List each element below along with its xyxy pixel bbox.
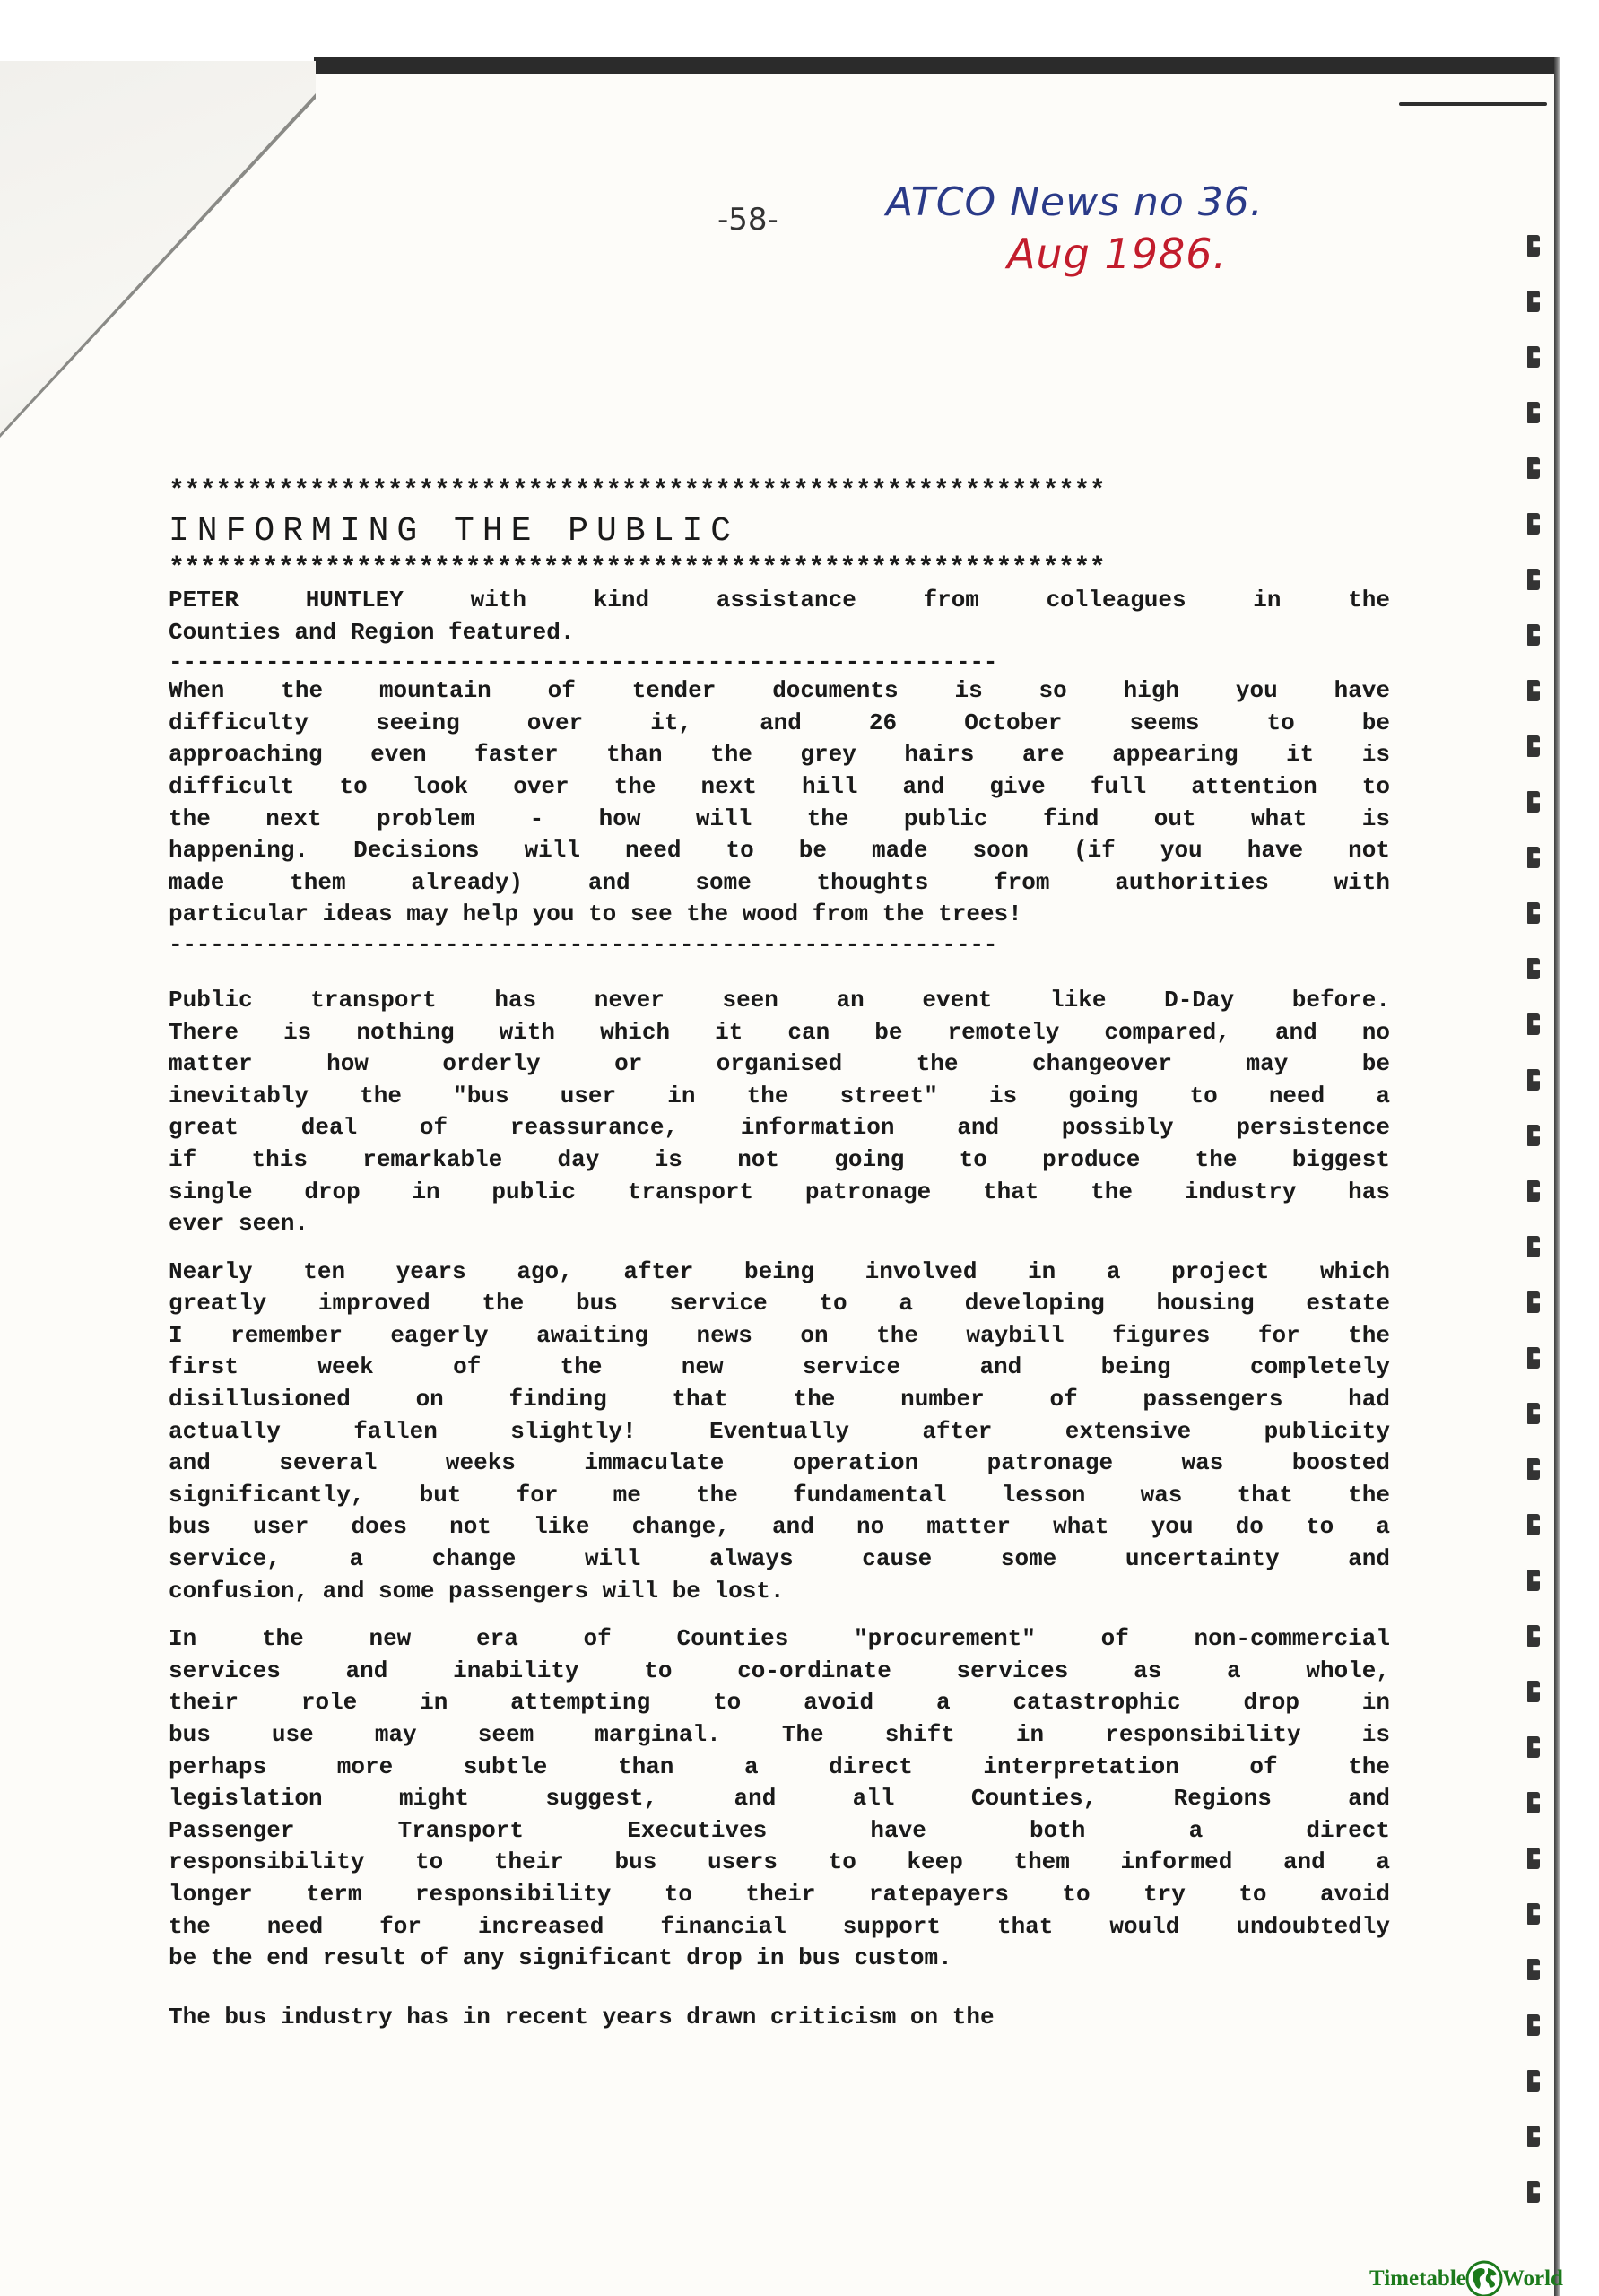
text-line: if this remarkable day is not going to p… [169, 1144, 1390, 1177]
binding-mark [1527, 2181, 1540, 2203]
text-line: difficult to look over the next hill and… [169, 771, 1390, 804]
body-paragraph-3: In the new era of Counties "procurement"… [169, 1623, 1390, 1975]
star-rule-bottom: ****************************************… [169, 552, 1390, 585]
timetable-world-watermark: Timetable World [1369, 2259, 1563, 2296]
binding-mark [1527, 1625, 1540, 1647]
binding-mark [1527, 1125, 1540, 1146]
binding-mark [1527, 235, 1540, 257]
binding-mark [1527, 2126, 1540, 2147]
comb-binding-marks [1527, 235, 1547, 2237]
text-line: approaching even faster than the grey ha… [169, 739, 1390, 771]
text-line: be the end result of any significant dro… [169, 1943, 1390, 1975]
globe-icon [1464, 2259, 1504, 2296]
watermark-left-text: Timetable [1369, 2266, 1466, 2292]
binding-mark [1527, 1848, 1540, 1869]
binding-mark [1527, 958, 1540, 979]
binding-mark [1527, 569, 1540, 590]
text-line: Counties and Region featured. [169, 617, 1390, 649]
dash-rule-1: ----------------------------------------… [169, 648, 1390, 675]
text-line: single drop in public transport patronag… [169, 1177, 1390, 1209]
binding-mark [1527, 1681, 1540, 1702]
dash-rule-2: ----------------------------------------… [169, 931, 1390, 958]
body-paragraph-2: Nearly ten years ago, after being involv… [169, 1257, 1390, 1608]
text-line: The bus industry has in recent years dra… [169, 2002, 1390, 2034]
binding-mark [1527, 2070, 1540, 2092]
binding-mark [1527, 513, 1540, 535]
binding-mark [1527, 291, 1540, 312]
binding-mark [1527, 346, 1540, 368]
text-line: and several weeks immaculate operation p… [169, 1448, 1390, 1480]
binding-mark [1527, 1736, 1540, 1758]
binding-mark [1527, 1458, 1540, 1480]
binding-mark [1527, 624, 1540, 646]
article-title: INFORMING THE PUBLIC [169, 511, 1390, 552]
text-line: significantly, but for me the fundamenta… [169, 1480, 1390, 1512]
text-line: Nearly ten years ago, after being involv… [169, 1257, 1390, 1289]
body-paragraph-1: Public transport has never seen an event… [169, 985, 1390, 1240]
text-line: the next problem - how will the public f… [169, 804, 1390, 836]
text-line: perhaps more subtle than a direct interp… [169, 1752, 1390, 1784]
text-line: disillusioned on finding that the number… [169, 1384, 1390, 1416]
top-right-rule [1399, 102, 1547, 106]
binding-mark [1527, 402, 1540, 423]
text-line: inevitably the "bus user in the street" … [169, 1081, 1390, 1113]
text-line: I remember eagerly awaiting news on the … [169, 1320, 1390, 1352]
binding-mark [1527, 735, 1540, 757]
text-line: longer term responsibility to their rate… [169, 1879, 1390, 1911]
binding-mark [1527, 1069, 1540, 1091]
text-line: PETER HUNTLEY with kind assistance from … [169, 585, 1390, 617]
binding-mark [1527, 1236, 1540, 1257]
text-line: ever seen. [169, 1208, 1390, 1240]
handwritten-publication-note: ATCO News no 36. [886, 179, 1264, 225]
star-rule-top: ****************************************… [169, 475, 1390, 508]
binding-mark [1527, 457, 1540, 479]
handwritten-date-note: Aug 1986. [1007, 230, 1227, 278]
text-line: great deal of reassurance, information a… [169, 1112, 1390, 1144]
text-line: confusion, and some passengers will be l… [169, 1576, 1390, 1608]
text-line: actually fallen slightly! Eventually aft… [169, 1416, 1390, 1448]
text-line: made them already) and some thoughts fro… [169, 867, 1390, 900]
binding-mark [1527, 1403, 1540, 1424]
text-line: In the new era of Counties "procurement"… [169, 1623, 1390, 1656]
page-top-shadow-edge [314, 57, 1556, 74]
binding-mark [1527, 1013, 1540, 1035]
binding-mark [1527, 1792, 1540, 1813]
text-line: Public transport has never seen an event… [169, 985, 1390, 1017]
text-line: their role in attempting to avoid a cata… [169, 1687, 1390, 1719]
page-number: -58- [717, 202, 778, 238]
text-line: There is nothing with which it can be re… [169, 1017, 1390, 1049]
binding-mark [1527, 1180, 1540, 1202]
article: ****************************************… [169, 475, 1390, 2033]
binding-mark [1527, 2014, 1540, 2036]
text-line: services and inability to co-ordinate se… [169, 1656, 1390, 1688]
watermark-right-text: World [1502, 2266, 1563, 2292]
text-line: first week of the new service and being … [169, 1352, 1390, 1384]
text-line: happening. Decisions will need to be mad… [169, 835, 1390, 867]
page-right-edge [1554, 57, 1560, 2296]
text-line: greatly improved the bus service to a de… [169, 1288, 1390, 1320]
text-line: matter how orderly or organised the chan… [169, 1048, 1390, 1081]
text-line: difficulty seeing over it, and 26 Octobe… [169, 708, 1390, 740]
binding-mark [1527, 902, 1540, 924]
binding-mark [1527, 1903, 1540, 1925]
binding-mark [1527, 1514, 1540, 1535]
binding-mark [1527, 680, 1540, 701]
body-paragraph-4: The bus industry has in recent years dra… [169, 2002, 1390, 2034]
text-line: Passenger Transport Executives have both… [169, 1815, 1390, 1848]
text-line: When the mountain of tender documents is… [169, 675, 1390, 708]
text-line: particular ideas may help you to see the… [169, 899, 1390, 931]
text-line: bus user does not like change, and no ma… [169, 1511, 1390, 1544]
binding-mark [1527, 847, 1540, 868]
text-line: service, a change will always cause some… [169, 1544, 1390, 1576]
binding-mark [1527, 791, 1540, 813]
text-line: bus use may seem marginal. The shift in … [169, 1719, 1390, 1752]
text-line: responsibility to their bus users to kee… [169, 1847, 1390, 1879]
intro-paragraph: When the mountain of tender documents is… [169, 675, 1390, 931]
binding-mark [1527, 1570, 1540, 1591]
text-line: the need for increased financial support… [169, 1911, 1390, 1944]
byline: PETER HUNTLEY with kind assistance from … [169, 585, 1390, 648]
binding-mark [1527, 1347, 1540, 1369]
binding-mark [1527, 1291, 1540, 1313]
text-line: legislation might suggest, and all Count… [169, 1783, 1390, 1815]
binding-mark [1527, 1959, 1540, 1980]
